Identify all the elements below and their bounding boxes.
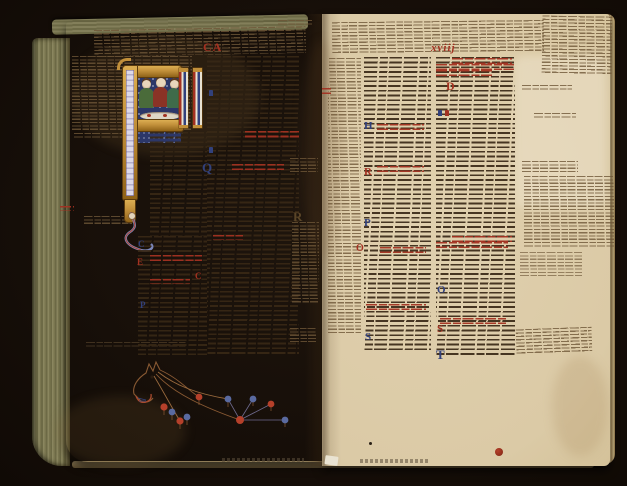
bottom-inscription xyxy=(222,458,304,462)
left-col2-text xyxy=(207,56,299,354)
drop-cap: P xyxy=(364,218,371,229)
initial-finial xyxy=(117,58,131,70)
outer-margin-note xyxy=(522,161,578,172)
rubric-line xyxy=(377,166,424,172)
red-wax-dot xyxy=(495,448,503,456)
parchment-stain xyxy=(552,356,608,456)
gutter-gloss-block xyxy=(292,222,319,304)
red-margin-mark xyxy=(322,88,331,94)
drop-cap: Q xyxy=(202,161,212,174)
inner-margin-gloss-column xyxy=(328,58,361,334)
paraph-mark xyxy=(445,110,449,116)
boxed-margin-note xyxy=(516,327,593,355)
drop-cap: S xyxy=(437,324,443,335)
gutter-note xyxy=(290,158,318,172)
rubric-line xyxy=(377,124,424,130)
rubric-line xyxy=(440,318,506,324)
beast-diagram xyxy=(126,360,306,436)
companion-letter-striped xyxy=(193,68,202,128)
drop-cap: C xyxy=(195,272,202,281)
rubric-line xyxy=(436,242,508,248)
rubric-line xyxy=(232,164,284,170)
outer-margin-gloss-block xyxy=(524,176,614,248)
rubric-line xyxy=(150,255,202,261)
initial-mid-arm xyxy=(136,120,183,131)
paraph-mark xyxy=(438,110,442,116)
rubric-line xyxy=(213,235,243,240)
drop-cap: T xyxy=(436,348,445,361)
left-col1-upper-text xyxy=(150,132,207,236)
drop-cap: C xyxy=(138,240,145,249)
running-header-left: CA xyxy=(203,40,222,55)
figure-left xyxy=(139,80,154,110)
drop-cap: S xyxy=(365,332,371,343)
figure-center xyxy=(153,78,168,110)
red-margin-mark xyxy=(60,206,74,211)
corner-gloss-block xyxy=(541,15,612,74)
drop-cap: O xyxy=(437,285,446,296)
bowl xyxy=(147,114,151,117)
outer-margin-gloss-block xyxy=(520,252,582,276)
drop-cap: H xyxy=(364,121,373,132)
book-fore-edge-left xyxy=(32,38,70,466)
gutter-note xyxy=(290,328,317,342)
top-margin-note xyxy=(278,20,312,25)
paper-tab xyxy=(324,455,338,466)
outer-margin-note xyxy=(534,113,576,118)
rubric-line xyxy=(436,70,494,76)
drop-cap: O xyxy=(356,244,364,254)
outer-margin-note xyxy=(522,85,572,91)
drop-cap: E xyxy=(137,258,143,267)
drop-cap: P xyxy=(140,301,146,310)
rubric-line xyxy=(366,304,426,310)
table-in-initial xyxy=(140,112,180,120)
bowl xyxy=(163,114,167,117)
ink-speck xyxy=(369,442,372,445)
left-col1-lower-text xyxy=(138,236,207,356)
manuscript-photo: CA F Il xyxy=(0,0,627,486)
initial-stem-pattern xyxy=(126,70,134,196)
paraph-mark xyxy=(209,90,213,96)
running-header-right: xviij xyxy=(431,42,456,54)
right-col2-text xyxy=(436,57,515,357)
paraph-mark xyxy=(209,147,213,153)
companion-letter-striped xyxy=(179,68,188,128)
rubric-line xyxy=(150,279,190,284)
bottom-inscription xyxy=(360,459,428,463)
rubric-line xyxy=(245,131,299,140)
rubric-line xyxy=(380,247,426,253)
top-margin-gloss xyxy=(94,26,306,57)
initial-companion-letters: Il xyxy=(181,60,183,62)
drop-cap: R xyxy=(364,167,372,178)
drop-cap: D xyxy=(446,80,455,92)
